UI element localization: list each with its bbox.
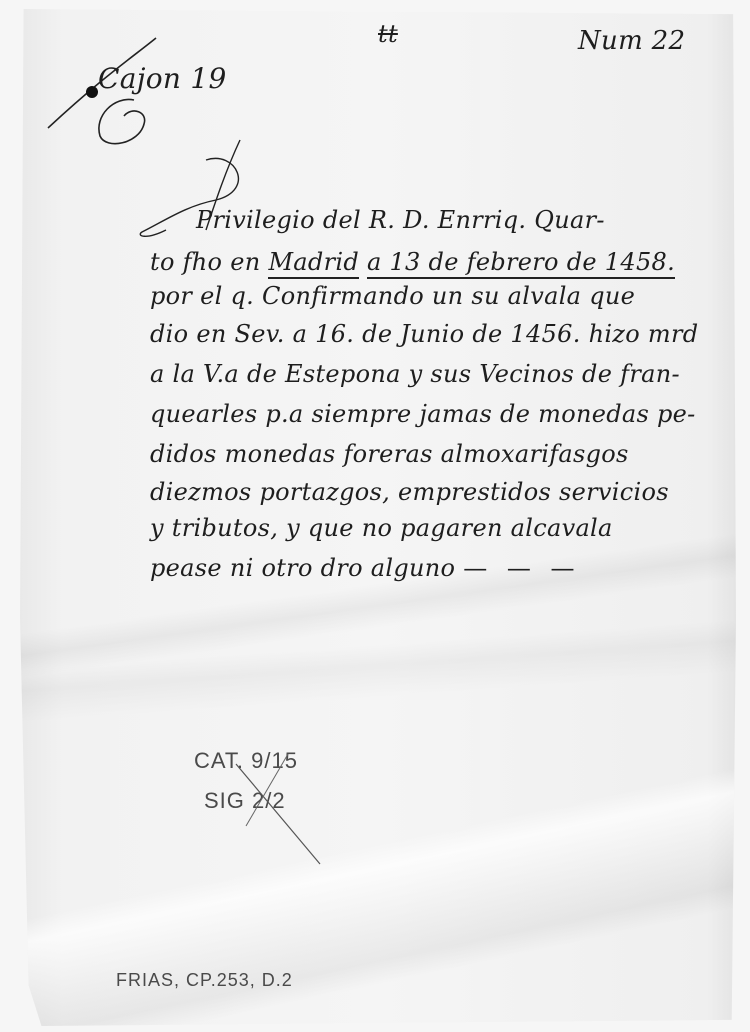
num-label: Num 22	[578, 26, 685, 56]
header-num: Num 22	[578, 26, 685, 56]
closing-dashes: — — —	[463, 554, 580, 582]
body-line-1: Privilegio del R. D. Enrriq. Quar-	[196, 206, 605, 234]
scanned-document: Cajon 19 tt Num 22 Privilegio del R. D. …	[0, 0, 750, 1032]
place-madrid: Madrid	[268, 248, 359, 279]
cajon-flourish-icon	[44, 36, 164, 146]
body-line-10: pease ni otro dro alguno — — —	[150, 554, 580, 582]
shelfmark-note: FRIAS, CP.253, D.2	[116, 970, 293, 991]
body-line-3: por el q. Confirmando un su alvala que	[150, 282, 635, 310]
cross-out-lines-icon	[180, 740, 340, 870]
center-mark: tt	[378, 20, 398, 48]
date-1458: a 13 de febrero de 1458.	[367, 248, 675, 279]
body-line-2: to fho en Madrid a 13 de febrero de 1458…	[150, 248, 675, 276]
body-line-8: diezmos portazgos, emprestidos servicios	[150, 478, 669, 506]
header-center-mark: tt	[378, 20, 398, 48]
body-line-9: y tributos, y que no pagaren alcavala	[150, 514, 613, 542]
body-line-7: didos monedas foreras almoxarifasgos	[150, 440, 629, 468]
body-line-5: a la V.a de Estepona y sus Vecinos de fr…	[150, 360, 680, 388]
body-line-6: quearles p.a siempre jamas de monedas pe…	[150, 400, 696, 428]
body-line-4: dio en Sev. a 16. de Junio de 1456. hizo…	[150, 320, 698, 348]
